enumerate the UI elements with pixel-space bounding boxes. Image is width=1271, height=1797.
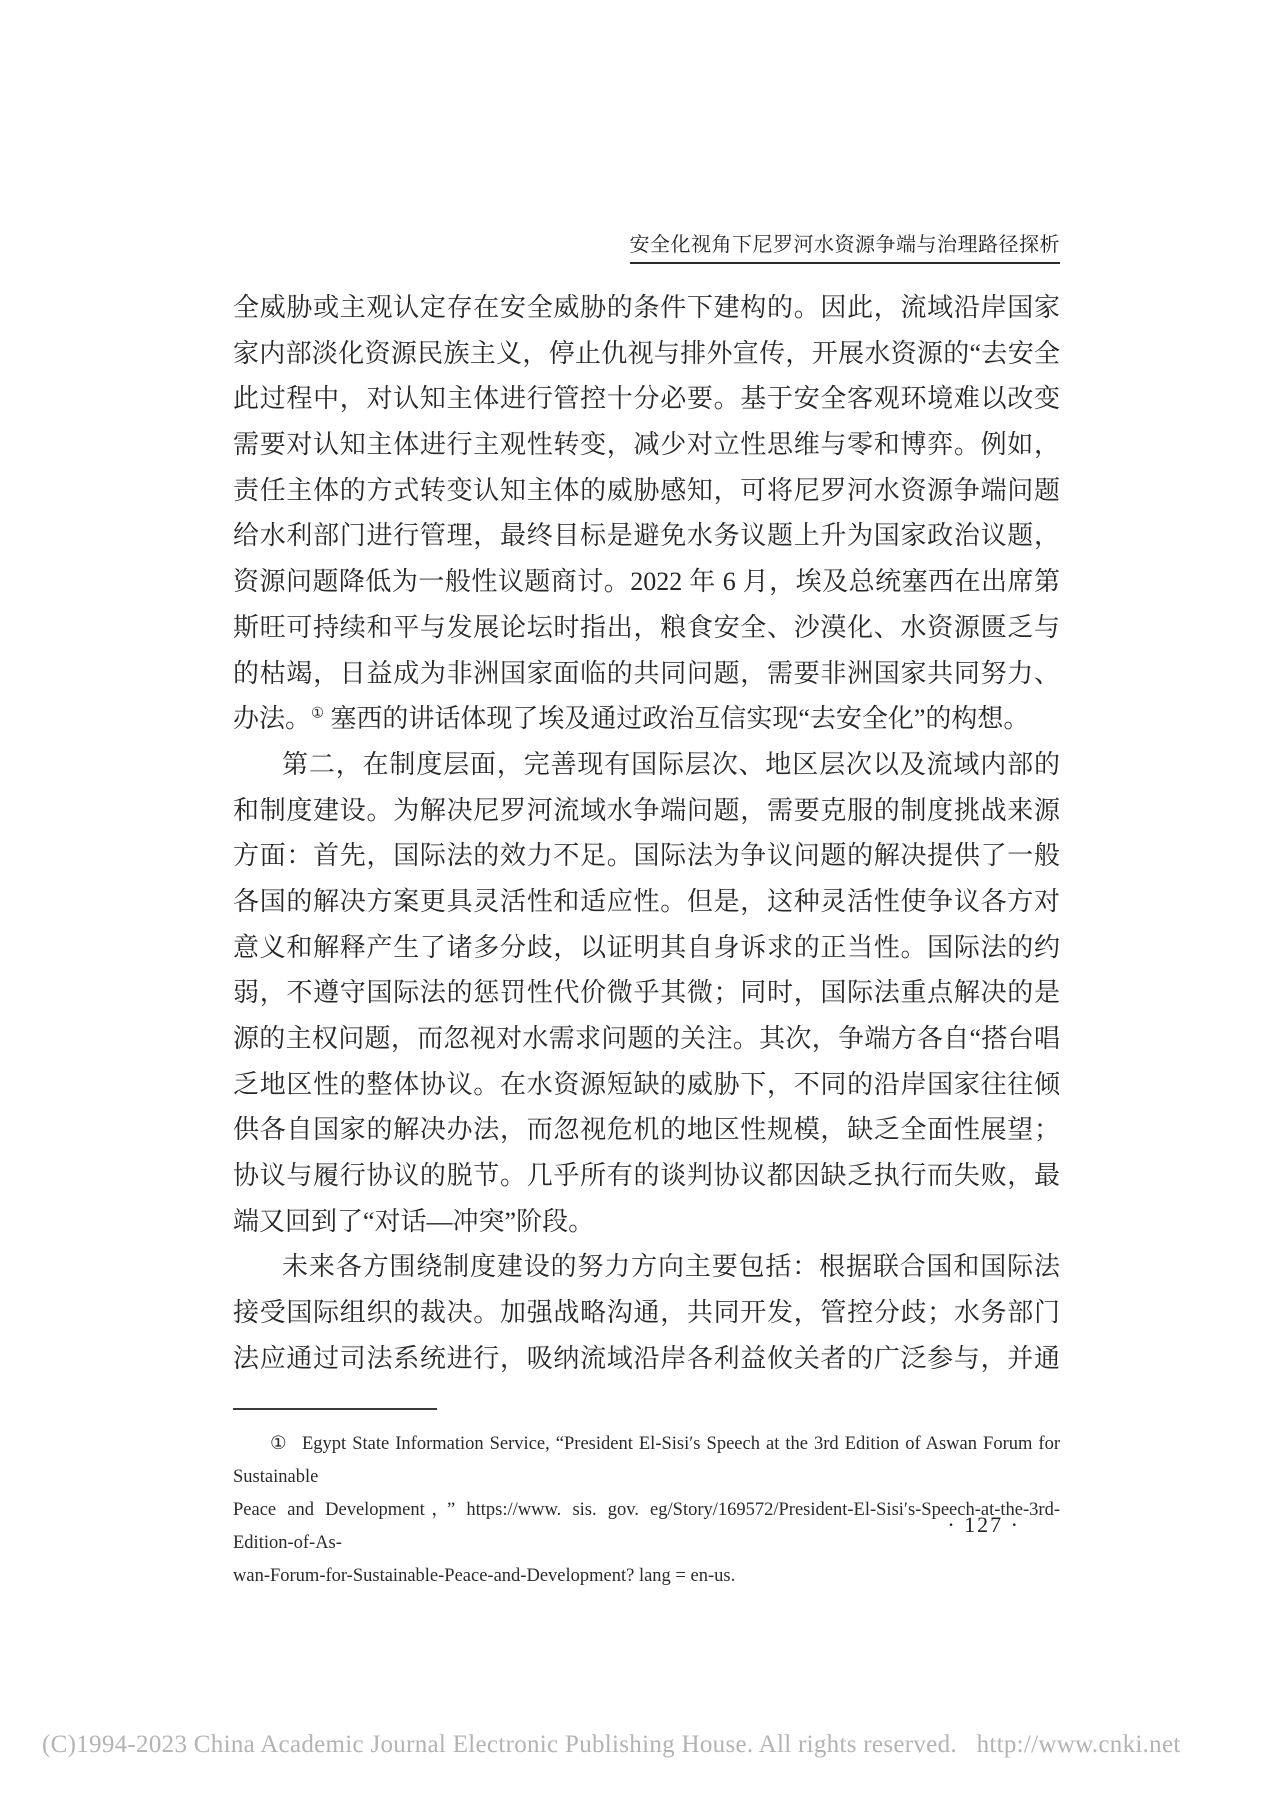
body-line: 需要对认知主体进行主观性转变，减少对立性思维与零和博弈。例如，通过变更 <box>233 422 1060 468</box>
footnote-marker: ① <box>270 1434 288 1454</box>
body-line: 弱，不遵守国际法的惩罚性代价微乎其微；同时，国际法重点解决的是有关水资 <box>233 970 1060 1016</box>
body-line: 协议与履行协议的脱节。几乎所有的谈判协议都因缺乏执行而失败，最终使争 <box>233 1153 1060 1199</box>
body-line: 和制度建设。为解决尼罗河流域水争端问题，需要克服的制度挑战来源于三个 <box>233 788 1060 834</box>
body-line: 第二，在制度层面，完善现有国际层次、地区层次以及流域内部的法律安排 <box>233 742 1060 788</box>
body-line: 乏地区性的整体协议。在水资源短缺的威胁下，不同的沿岸国家往往倾向于提 <box>233 1062 1060 1108</box>
body-line: 供各自国家的解决办法，而忽视危机的地区性规模，缺乏全面性展望；最后，达成 <box>233 1107 1060 1153</box>
page-header: 安全化视角下尼罗河水资源争端与治理路径探析 <box>233 228 1060 264</box>
body-line: 各国的解决方案更具灵活性和适应性。但是，这种灵活性使争议各方对法律的 <box>233 879 1060 925</box>
body-line-text: 办法。 <box>233 704 311 733</box>
body-line: 全威胁或主观认定存在安全威胁的条件下建构的。因此，流域沿岸国家需在国 <box>233 285 1060 331</box>
footnote-separator <box>233 1408 437 1410</box>
body-line: 意义和解释产生了诸多分歧，以证明其自身诉求的正当性。国际法的约束力较 <box>233 925 1060 971</box>
body-line: 法应通过司法系统进行，吸纳流域沿岸各利益攸关者的广泛参与，并通过宣传成 <box>233 1336 1060 1382</box>
footnote-line: wan-Forum-for-Sustainable-Peace-and-Deve… <box>233 1560 1060 1593</box>
body-line: 资源问题降低为一般性议题商讨。2022 年 6 月，埃及总统塞西在出席第三届阿 <box>233 559 1060 605</box>
body-line: 斯旺可持续和平与发展论坛时指出，粮食安全、沙漠化、水资源匮乏与自然资源 <box>233 605 1060 651</box>
body-line: 方面：首先，国际法的效力不足。国际法为争议问题的解决提供了一般规则，使 <box>233 833 1060 879</box>
paper-page: 安全化视角下尼罗河水资源争端与治理路径探析 全威胁或主观认定存在安全威胁的条件下… <box>0 0 1271 1797</box>
footnote-reference-marker: ① <box>311 706 324 722</box>
body-line: 责任主体的方式转变认知主体的威胁感知，可将尼罗河水资源争端问题全权交 <box>233 468 1060 514</box>
body-line: 办法。① 塞西的讲话体现了埃及通过政治互信实现“去安全化”的构想。 <box>233 696 1060 742</box>
footnote-text: Egypt State Information Service, “Presid… <box>233 1434 1060 1487</box>
body-line: 未来各方围绕制度建设的努力方向主要包括：根据联合国和国际法的规定， <box>233 1244 1060 1290</box>
body-line: 端又回到了“对话—冲突”阶段。 <box>233 1199 1060 1245</box>
page-number: · 127 · <box>233 1512 1020 1538</box>
body-line: 的枯竭，日益成为非洲国家面临的共同问题，需要非洲国家共同努力、探讨解决 <box>233 651 1060 697</box>
cnki-watermark: (C)1994-2023 China Academic Journal Elec… <box>42 1731 1181 1759</box>
body-line: 家内部淡化资源民族主义，停止仇视与排外宣传，开展水资源的“去安全化”。在 <box>233 331 1060 377</box>
footnote-line: ①Egypt State Information Service, “Presi… <box>233 1428 1060 1494</box>
body-line: 给水利部门进行管理，最终目标是避免水务议题上升为国家政治议题，将流域水 <box>233 513 1060 559</box>
body-line-text: 塞西的讲话体现了埃及通过政治互信实现“去安全化”的构想。 <box>324 704 1030 733</box>
body-line: 接受国际组织的裁决。加强战略沟通，共同开发，管控分歧；水务部门的立法执 <box>233 1290 1060 1336</box>
body-line: 源的主权问题，而忽视对水需求问题的关注。其次，争端方各自“搭台唱戏”，缺 <box>233 1016 1060 1062</box>
body-text: 全威胁或主观认定存在安全威胁的条件下建构的。因此，流域沿岸国家需在国 家内部淡化… <box>233 285 1060 1382</box>
body-line: 此过程中，对认知主体进行管控十分必要。基于安全客观环境难以改变的现实， <box>233 376 1060 422</box>
footnote: ①Egypt State Information Service, “Presi… <box>233 1428 1060 1593</box>
journal-header-title: 安全化视角下尼罗河水资源争端与治理路径探析 <box>630 228 1061 264</box>
